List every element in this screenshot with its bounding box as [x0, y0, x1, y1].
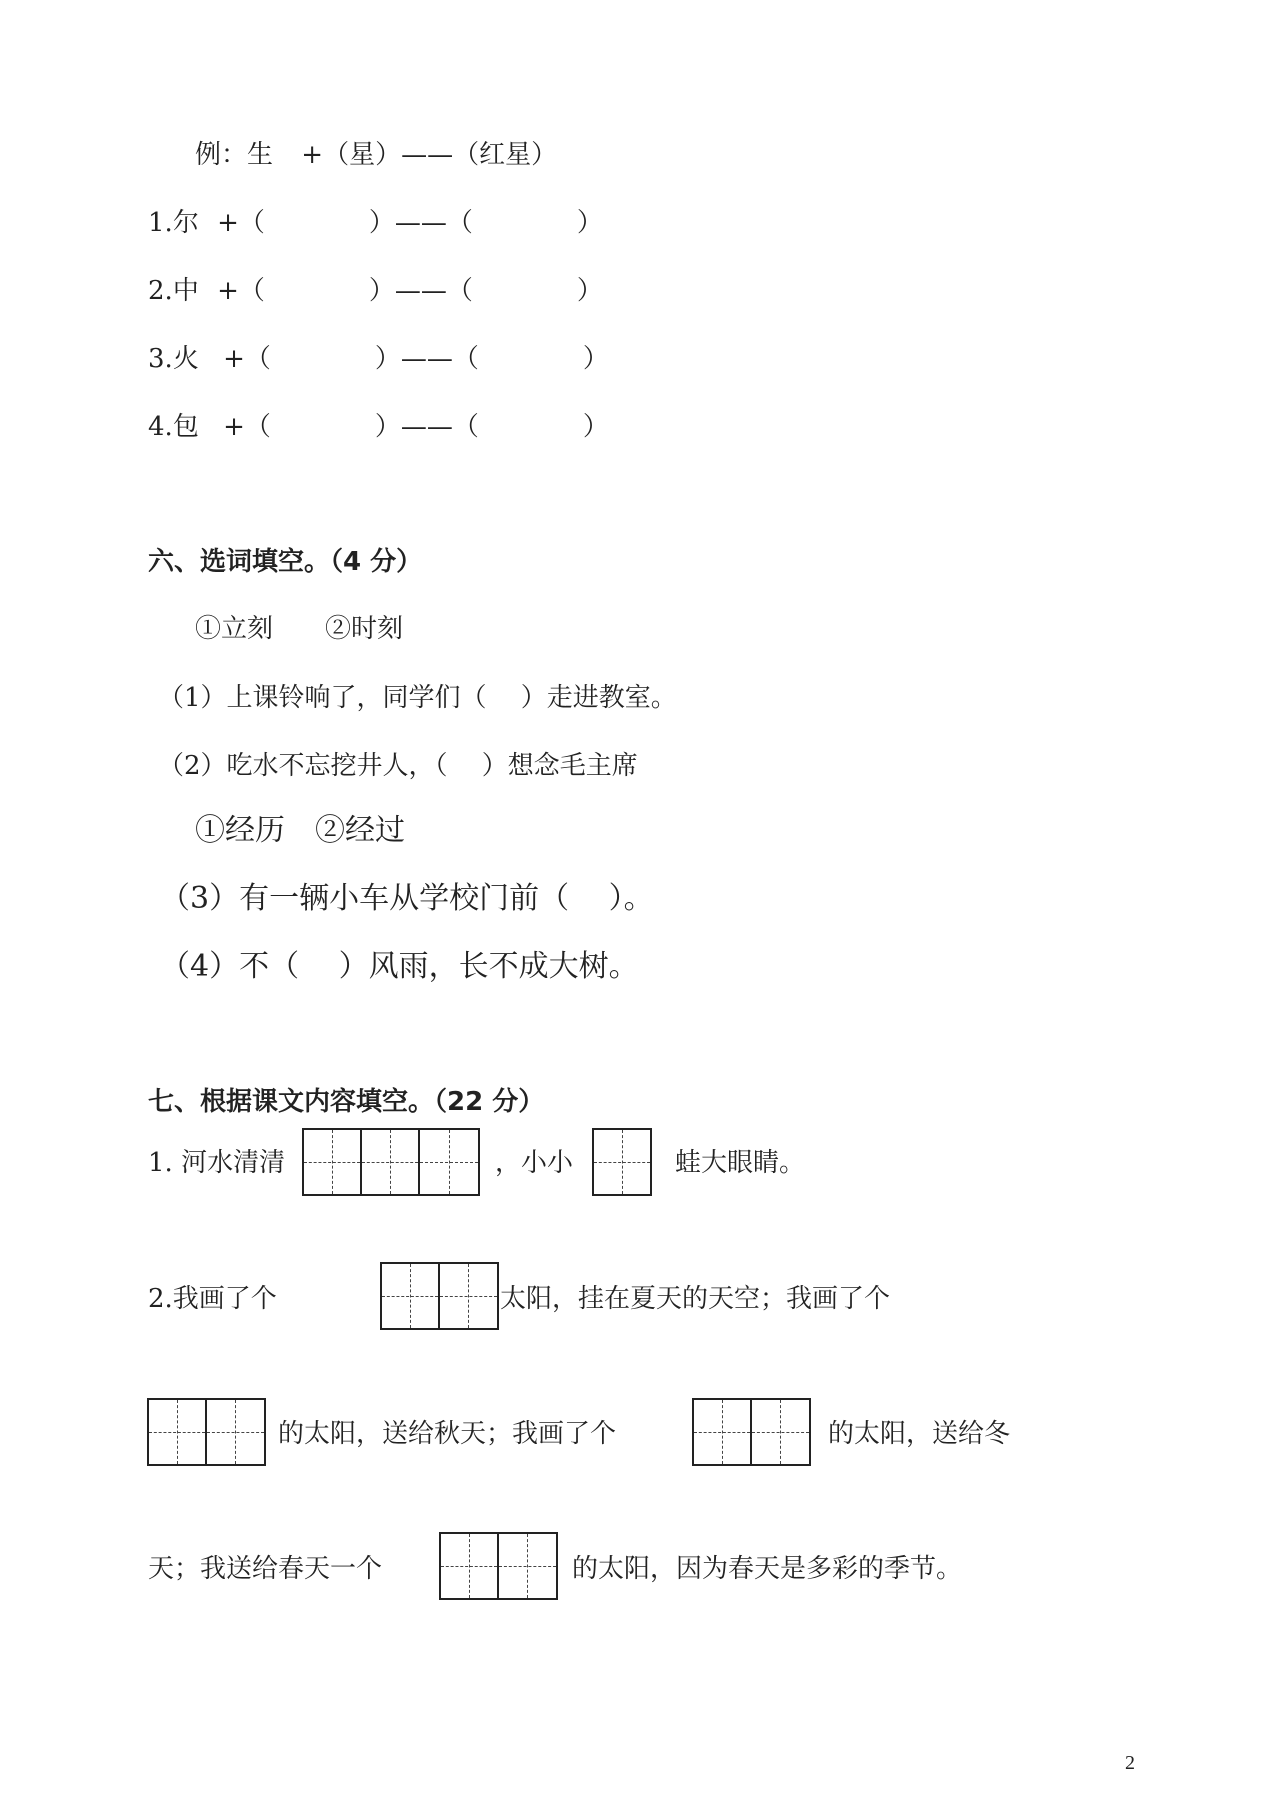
item-3: 3.火 +（ ）——（ ）	[148, 342, 609, 376]
word-options-2: ①经历 ②经过	[195, 814, 405, 848]
grid-cell[interactable]	[420, 1130, 478, 1194]
writing-grid-2c[interactable]	[692, 1398, 811, 1466]
grid-cell[interactable]	[694, 1400, 752, 1464]
writing-grid-2a[interactable]	[380, 1262, 499, 1330]
writing-grid-3[interactable]	[302, 1128, 480, 1196]
writing-grid-2d[interactable]	[439, 1532, 558, 1600]
writing-grid-2b[interactable]	[147, 1398, 266, 1466]
example-line: 例：生 +（星）——（红星）	[195, 138, 557, 172]
item-4: 4.包 +（ ）——（ ）	[148, 410, 609, 444]
question-1: （1）上课铃响了，同学们（ ）走进教室。	[158, 681, 677, 715]
item-number: 3.	[148, 342, 173, 376]
item-blanks[interactable]: +（ ）——（ ）	[217, 206, 603, 240]
item-char: 火	[173, 342, 199, 376]
fill-line-3-text-b: 的太阳，送给冬	[828, 1417, 1010, 1451]
grid-cell[interactable]	[304, 1130, 362, 1194]
question-4: （4）不（ ）风雨，长不成大树。	[160, 950, 639, 984]
question-3: （3）有一辆小车从学校门前（ ）。	[160, 882, 654, 916]
grid-cell[interactable]	[382, 1264, 440, 1328]
fill-line-1-text-c: 蛙大眼睛。	[675, 1146, 805, 1180]
page-number: 2	[1125, 1752, 1135, 1775]
item-blanks[interactable]: +（ ）——（ ）	[223, 342, 609, 376]
fill-line-4-text-a: 天；我送给春天一个	[148, 1552, 382, 1586]
item-2: 2.中 +（ ）——（ ）	[148, 274, 603, 308]
fill-line-2-text-a: 2.我画了个	[148, 1282, 277, 1316]
grid-cell[interactable]	[499, 1534, 556, 1598]
grid-cell[interactable]	[441, 1534, 499, 1598]
fill-line-4-text-b: 的太阳，因为春天是多彩的季节。	[572, 1552, 962, 1586]
fill-line-2-text-b: 太阳，挂在夏天的天空；我画了个	[500, 1282, 890, 1316]
example-answer: +（星）——（红星）	[301, 138, 557, 172]
item-number: 2.	[148, 274, 173, 308]
grid-cell[interactable]	[594, 1130, 650, 1194]
writing-grid-1[interactable]	[592, 1128, 652, 1196]
grid-cell[interactable]	[752, 1400, 809, 1464]
item-char: 中	[173, 274, 199, 308]
example-prefix: 例：生	[195, 138, 273, 172]
fill-line-1-text-b: ，小小	[495, 1146, 573, 1180]
question-2: （2）吃水不忘挖井人，（ ）想念毛主席	[158, 749, 638, 783]
grid-cell[interactable]	[149, 1400, 207, 1464]
item-char: 尔	[173, 206, 199, 240]
item-number: 4.	[148, 410, 173, 444]
item-blanks[interactable]: +（ ）——（ ）	[223, 410, 609, 444]
item-number: 1.	[148, 206, 173, 240]
word-options-1: ①立刻 ②时刻	[195, 612, 403, 646]
item-char: 包	[173, 410, 199, 444]
fill-line-1-text-a: 1. 河水清清	[148, 1146, 285, 1180]
grid-cell[interactable]	[207, 1400, 264, 1464]
section7-title: 七、根据课文内容填空。（22 分）	[148, 1085, 544, 1119]
section6-title: 六、选词填空。（4 分）	[148, 545, 422, 579]
grid-cell[interactable]	[440, 1264, 497, 1328]
item-blanks[interactable]: +（ ）——（ ）	[217, 274, 603, 308]
item-1: 1.尔 +（ ）——（ ）	[148, 206, 603, 240]
fill-line-3-text-a: 的太阳，送给秋天；我画了个	[278, 1417, 616, 1451]
grid-cell[interactable]	[362, 1130, 420, 1194]
